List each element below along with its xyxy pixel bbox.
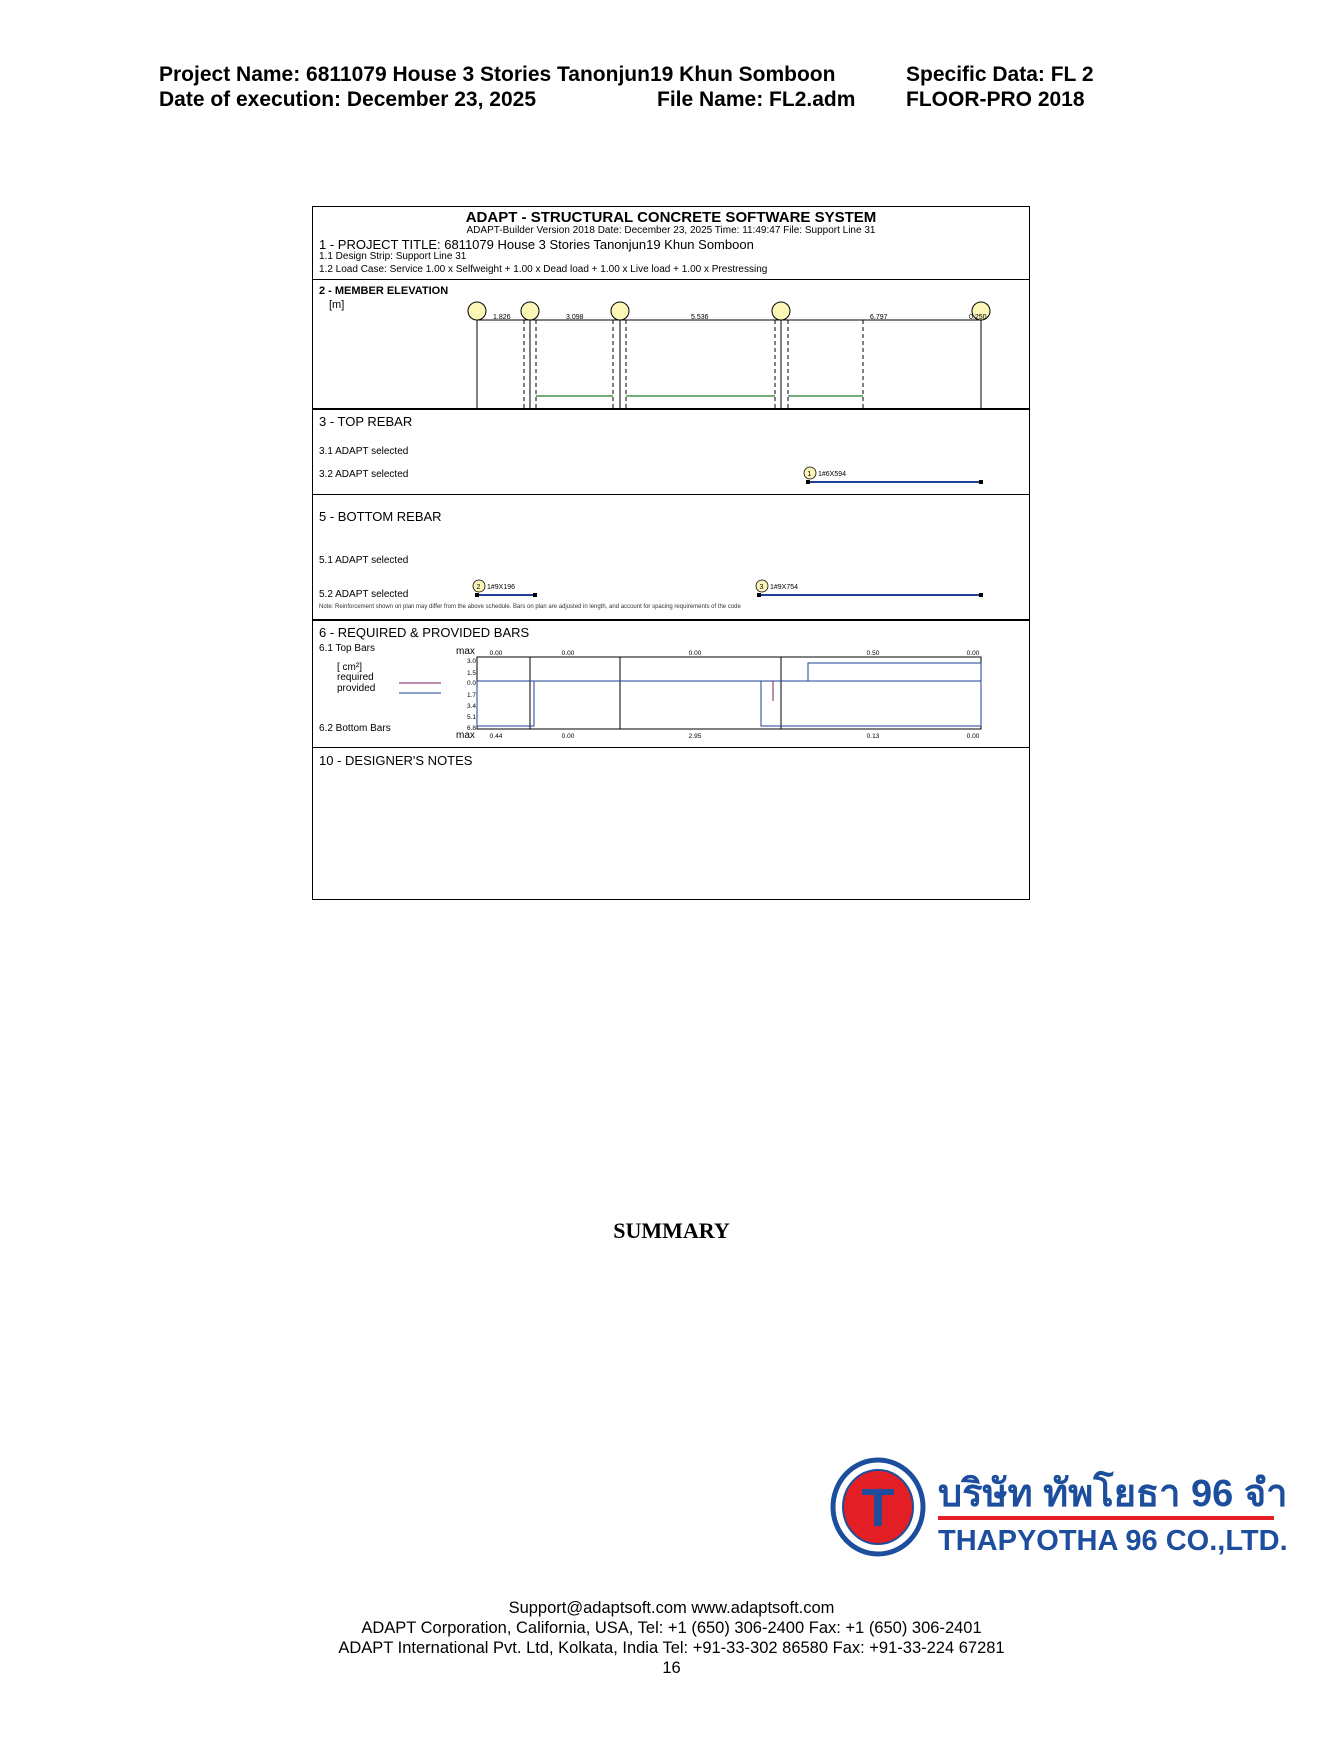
svg-text:0.00: 0.00	[967, 733, 980, 740]
top-rebar-row-1: 3.1 ADAPT selected	[319, 446, 408, 457]
report-title: ADAPT - STRUCTURAL CONCRETE SOFTWARE SYS…	[313, 209, 1029, 226]
svg-text:0.44: 0.44	[490, 733, 503, 740]
summary-heading: SUMMARY	[0, 1218, 1343, 1244]
svg-text:1#6X594: 1#6X594	[818, 471, 846, 478]
svg-text:T: T	[862, 1478, 895, 1538]
top-rebar-heading: 3 - TOP REBAR	[319, 414, 412, 429]
svg-text:1: 1	[808, 471, 812, 478]
svg-text:0.00: 0.00	[967, 650, 980, 657]
svg-text:0.00: 0.00	[562, 650, 575, 657]
designer-notes-heading: 10 - DESIGNER'S NOTES	[319, 753, 472, 768]
divider	[313, 408, 1029, 410]
svg-text:1.5: 1.5	[467, 670, 476, 677]
svg-text:2: 2	[477, 584, 481, 591]
bottom-rebar-heading: 5 - BOTTOM REBAR	[319, 509, 442, 524]
svg-text:1.826: 1.826	[493, 314, 511, 321]
file-name: File Name: FL2.adm	[657, 88, 855, 112]
footer-line-3: ADAPT International Pvt. Ltd, Kolkata, I…	[0, 1638, 1343, 1658]
svg-text:0.00: 0.00	[689, 650, 702, 657]
svg-text:0.0: 0.0	[467, 680, 476, 687]
member-elevation-diagram: 1.826 3.098 5.536 6.797 0.250	[313, 279, 1031, 409]
svg-text:max: max	[456, 646, 475, 657]
load-case: 1.2 Load Case: Service 1.00 x Selfweight…	[319, 264, 767, 275]
svg-text:2.95: 2.95	[689, 733, 702, 740]
footer-line-1: Support@adaptsoft.com www.adaptsoft.com	[0, 1598, 1343, 1618]
divider	[313, 747, 1029, 748]
svg-text:6.8: 6.8	[467, 725, 476, 732]
svg-text:3.098: 3.098	[566, 314, 584, 321]
svg-text:5.536: 5.536	[691, 314, 709, 321]
req-prov-chart: max max 3.0 1.5 0.0 1.7 3.4 5.1 6.8 0.00…	[313, 619, 1031, 749]
specific-data: Specific Data: FL 2	[906, 63, 1094, 87]
svg-text:บริษัท ทัพโยธา 96 จำกัด: บริษัท ทัพโยธา 96 จำกัด	[938, 1470, 1286, 1515]
footer-line-2: ADAPT Corporation, California, USA, Tel:…	[0, 1618, 1343, 1638]
project-name: Project Name: 6811079 House 3 Stories Ta…	[159, 63, 835, 87]
svg-text:0.50: 0.50	[867, 650, 880, 657]
svg-text:6.797: 6.797	[870, 314, 888, 321]
svg-text:1#9X754: 1#9X754	[770, 584, 798, 591]
svg-text:0.00: 0.00	[562, 733, 575, 740]
project-title: 1 - PROJECT TITLE: 6811079 House 3 Stori…	[319, 237, 754, 252]
logo-emblem-icon: T บริษัท ทัพโยธา 96 จำกัด THAPYOTHA 96 C…	[828, 1448, 1286, 1566]
svg-text:3: 3	[760, 584, 764, 591]
divider	[313, 494, 1029, 495]
svg-text:0.00: 0.00	[490, 650, 503, 657]
company-logo: T บริษัท ทัพโยธา 96 จำกัด THAPYOTHA 96 C…	[828, 1448, 1286, 1566]
report-frame: ADAPT - STRUCTURAL CONCRETE SOFTWARE SYS…	[312, 206, 1030, 900]
svg-text:3.0: 3.0	[467, 658, 476, 665]
svg-text:1.7: 1.7	[467, 692, 476, 699]
svg-text:5.1: 5.1	[467, 714, 476, 721]
svg-text:THAPYOTHA 96 CO.,LTD.: THAPYOTHA 96 CO.,LTD.	[938, 1525, 1286, 1557]
top-rebar-diagram: 1 1#6X594	[313, 457, 1031, 497]
report-subtitle: ADAPT-Builder Version 2018 Date: Decembe…	[313, 225, 1029, 236]
svg-text:3.4: 3.4	[467, 703, 476, 710]
rebar-note: Note: Reinforcement shown on plan may di…	[319, 604, 741, 610]
svg-text:1#9X196: 1#9X196	[487, 584, 515, 591]
date-of-execution: Date of execution: December 23, 2025	[159, 88, 536, 112]
page-number: 16	[0, 1658, 1343, 1678]
svg-text:0.250: 0.250	[969, 314, 987, 321]
design-strip: 1.1 Design Strip: Support Line 31	[319, 251, 466, 262]
software-name: FLOOR-PRO 2018	[906, 88, 1085, 112]
bottom-rebar-diagram: 2 1#9X196 3 1#9X754	[313, 575, 1031, 605]
bottom-rebar-row-1: 5.1 ADAPT selected	[319, 555, 408, 566]
svg-text:0.13: 0.13	[867, 733, 880, 740]
